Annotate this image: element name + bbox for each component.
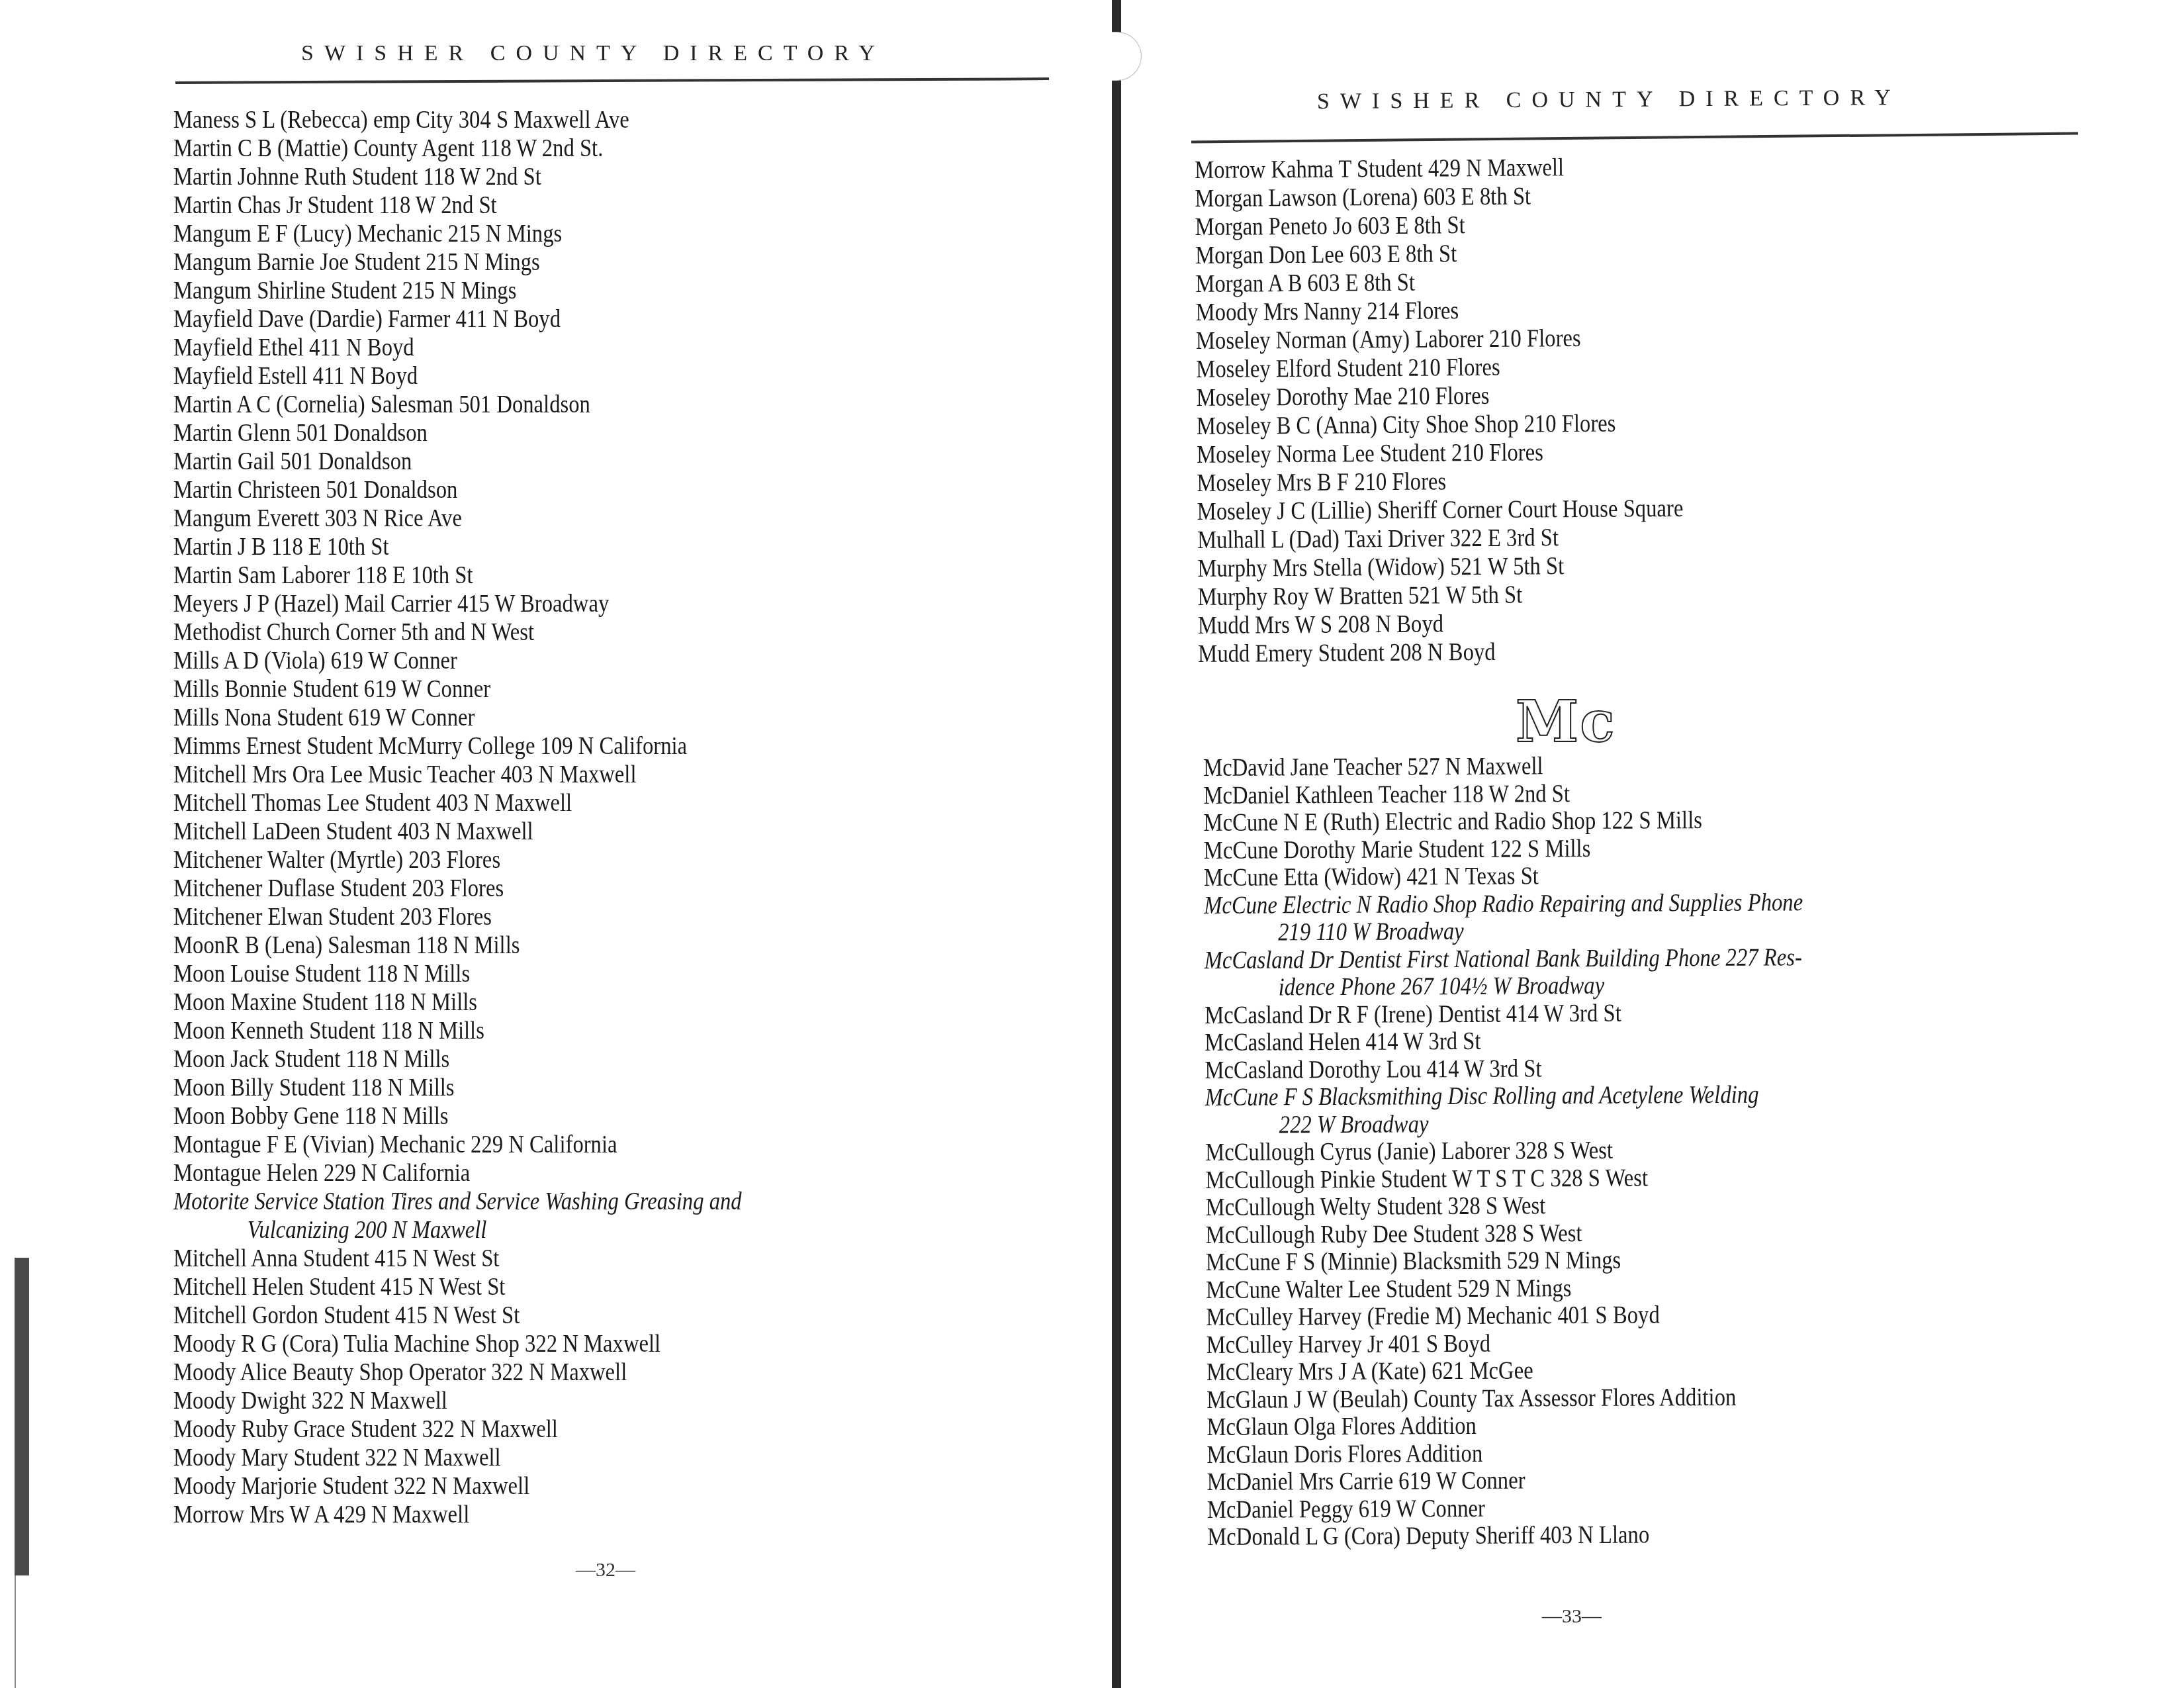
entry-text: Mudd Mrs W S 208 N Boyd	[1198, 610, 1443, 639]
directory-entry: Mangum Barnie Joe Student 215 N Mings	[173, 248, 742, 277]
entry-text: Mangum E F (Lucy) Mechanic 215 N Mings	[173, 220, 562, 248]
directory-entry: Morgan Don Lee 603 E 8th St	[1195, 238, 1682, 270]
directory-entry: Mitchell Mrs Ora Lee Music Teacher 403 N…	[173, 761, 742, 789]
directory-entry: Martin Glenn 501 Donaldson	[173, 419, 742, 447]
entry-text: McCune Etta (Widow) 421 N Texas St	[1204, 862, 1539, 892]
page-edge-line	[15, 1575, 16, 1688]
entry-text: Moody Mary Student 322 N Maxwell	[173, 1444, 501, 1472]
entry-text: Moody Marjorie Student 322 N Maxwell	[173, 1472, 529, 1500]
directory-list: Maness S L (Rebecca) emp City 304 S Maxw…	[173, 106, 834, 1529]
entry-text: Moseley Dorothy Mae 210 Flores	[1196, 382, 1489, 412]
directory-entry: McCasland Dorothy Lou 414 W 3rd St	[1205, 1054, 1803, 1084]
entry-text: McCullough Pinkie Student W T S T C 328 …	[1205, 1164, 1648, 1194]
directory-entry: McDaniel Kathleen Teacher 118 W 2nd St	[1203, 779, 1802, 810]
entry-text: McCullough Ruby Dee Student 328 S West	[1206, 1219, 1582, 1249]
directory-entry: Martin A C (Cornelia) Salesman 501 Donal…	[173, 391, 742, 419]
entry-text: Mayfield Dave (Dardie) Farmer 411 N Boyd	[173, 305, 561, 333]
directory-entry: Mitchener Walter (Myrtle) 203 Flores	[173, 846, 742, 874]
directory-entry: Moseley Mrs B F 210 Flores	[1197, 466, 1683, 498]
page-number: —33—	[1542, 1605, 1602, 1628]
entry-text: McCulley Harvey Jr 401 S Boyd	[1206, 1329, 1491, 1358]
directory-entry: Mayfield Estell 411 N Boyd	[173, 362, 742, 391]
entry-text: McGlaun Olga Flores Addition	[1206, 1412, 1477, 1441]
directory-entry: Moody Mary Student 322 N Maxwell	[173, 1444, 742, 1472]
entry-text: Mitchell LaDeen Student 403 N Maxwell	[173, 818, 533, 845]
entry-text: Martin Johnne Ruth Student 118 W 2nd St	[173, 163, 541, 191]
directory-entry: McCullough Cyrus (Janie) Laborer 328 S W…	[1205, 1136, 1804, 1166]
entry-text: Mills Bonnie Student 619 W Conner	[173, 675, 490, 703]
business-listing: McCune Electric N Radio Shop Radio Repai…	[1204, 889, 1803, 947]
directory-entry: McCulley Harvey Jr 401 S Boyd	[1206, 1329, 1805, 1359]
directory-entry: McCulley Harvey (Fredie M) Mechanic 401 …	[1206, 1301, 1805, 1331]
directory-entry: Moseley B C (Anna) City Shoe Shop 210 Fl…	[1197, 409, 1683, 441]
entry-text: Mangum Everett 303 N Rice Ave	[173, 504, 462, 532]
business-listing: McCasland Dr Dentist First National Bank…	[1205, 944, 1803, 1002]
entry-text: Martin Sam Laborer 118 E 10th St	[173, 561, 473, 589]
directory-entry: McDaniel Peggy 619 W Conner	[1207, 1493, 1806, 1524]
directory-entry: Murphy Roy W Bratten 521 W 5th St	[1198, 580, 1684, 612]
entry-text: Murphy Roy W Bratten 521 W 5th St	[1198, 581, 1523, 611]
section-heading: Mc	[1516, 688, 1616, 755]
entry-text: Moseley Norman (Amy) Laborer 210 Flores	[1196, 324, 1581, 355]
directory-entry: Mitchener Duflase Student 203 Flores	[173, 874, 742, 903]
directory-entry: McCasland Helen 414 W 3rd St	[1205, 1026, 1803, 1056]
entry-text: McGlaun Doris Flores Addition	[1206, 1439, 1482, 1468]
directory-entry: Murphy Mrs Stella (Widow) 521 W 5th St	[1197, 551, 1684, 583]
entry-text: Moon Louise Student 118 N Mills	[173, 960, 470, 988]
entry-text: Moon Maxine Student 118 N Mills	[173, 988, 477, 1016]
directory-entry: Mills A D (Viola) 619 W Conner	[173, 647, 742, 675]
directory-entry: Moseley J C (Lillie) Sheriff Corner Cour…	[1197, 494, 1684, 526]
directory-entry: McCullough Pinkie Student W T S T C 328 …	[1205, 1164, 1804, 1194]
entry-text: Martin Christeen 501 Donaldson	[173, 476, 457, 504]
entry-text: Meyers J P (Hazel) Mail Carrier 415 W Br…	[173, 590, 609, 618]
directory-entry: Mitchell Anna Student 415 N West St	[173, 1244, 742, 1273]
header-rule	[1191, 132, 2078, 144]
business-listing: Motorite Service Station Tires and Servi…	[173, 1188, 742, 1244]
directory-entry: Mitchell Helen Student 415 N West St	[173, 1273, 742, 1301]
entry-text: Martin C B (Mattie) County Agent 118 W 2…	[173, 134, 603, 162]
directory-entry: Mills Bonnie Student 619 W Conner	[173, 675, 742, 704]
entry-text: Moody Alice Beauty Shop Operator 322 N M…	[173, 1358, 627, 1386]
directory-entry: Mangum Shirline Student 215 N Mings	[173, 277, 742, 305]
header-rule	[175, 77, 1049, 84]
entry-text: McDonald L G (Cora) Deputy Sheriff 403 N…	[1207, 1521, 1649, 1550]
entry-text: Murphy Mrs Stella (Widow) 521 W 5th St	[1197, 552, 1564, 583]
entry-text: McCune N E (Ruth) Electric and Radio Sho…	[1203, 806, 1702, 837]
entry-continuation: 219 110 W Broadway	[1204, 916, 1803, 947]
directory-entry: McCasland Dr R F (Irene) Dentist 414 W 3…	[1205, 999, 1803, 1029]
entry-text: Morgan Don Lee 603 E 8th St	[1195, 240, 1457, 269]
entry-text: Mitchener Walter (Myrtle) 203 Flores	[173, 846, 500, 874]
entry-text: Motorite Service Station Tires and Servi…	[173, 1188, 742, 1215]
entry-text: McDaniel Peggy 619 W Conner	[1207, 1494, 1485, 1523]
entry-text: Moseley B C (Anna) City Shoe Shop 210 Fl…	[1197, 410, 1616, 440]
directory-list-mc: McDavid Jane Teacher 527 N MaxwellMcDani…	[1203, 751, 1904, 1551]
entry-text: McCune Electric N Radio Shop Radio Repai…	[1204, 888, 1803, 919]
directory-entry: McCune Walter Lee Student 529 N Mings	[1206, 1274, 1805, 1304]
directory-entry: Moon Maxine Student 118 N Mills	[173, 988, 742, 1017]
entry-text: Morrow Mrs W A 429 N Maxwell	[173, 1501, 469, 1528]
directory-entry: Martin Gail 501 Donaldson	[173, 447, 742, 476]
directory-entry: Moseley Norma Lee Student 210 Flores	[1197, 438, 1683, 469]
running-head: SWISHER COUNTY DIRECTORY	[1317, 85, 1901, 115]
entry-text: McCullough Cyrus (Janie) Laborer 328 S W…	[1205, 1137, 1613, 1166]
directory-entry: Moody Marjorie Student 322 N Maxwell	[173, 1472, 742, 1501]
directory-entry: McDavid Jane Teacher 527 N Maxwell	[1203, 751, 1802, 782]
entry-text: Moody Ruby Grace Student 322 N Maxwell	[173, 1415, 558, 1443]
entry-text: Moon Billy Student 118 N Mills	[173, 1074, 455, 1102]
directory-entry: Mangum E F (Lucy) Mechanic 215 N Mings	[173, 220, 742, 248]
entry-text: Martin Glenn 501 Donaldson	[173, 419, 428, 447]
entry-text: Martin Gail 501 Donaldson	[173, 447, 412, 475]
entry-text: Methodist Church Corner 5th and N West	[173, 618, 534, 646]
entry-text: McCune Walter Lee Student 529 N Mings	[1206, 1274, 1571, 1304]
entry-text: Mangum Shirline Student 215 N Mings	[173, 277, 516, 305]
entry-text: McCullough Welty Student 328 S West	[1205, 1192, 1545, 1221]
entry-text: Mitchell Helen Student 415 N West St	[173, 1273, 505, 1301]
directory-entry: Martin Chas Jr Student 118 W 2nd St	[173, 191, 742, 220]
directory-entry: McDaniel Mrs Carrie 619 W Conner	[1207, 1466, 1806, 1496]
entry-text: McCune F S (Minnie) Blacksmith 529 N Min…	[1206, 1246, 1621, 1276]
entry-text: McDaniel Kathleen Teacher 118 W 2nd St	[1203, 780, 1570, 810]
directory-entry: Methodist Church Corner 5th and N West	[173, 618, 742, 647]
directory-entry: McGlaun J W (Beulah) County Tax Assessor…	[1206, 1383, 1805, 1414]
entry-text: Mayfield Ethel 411 N Boyd	[173, 334, 414, 361]
directory-entry: Mayfield Ethel 411 N Boyd	[173, 334, 742, 362]
directory-entry: Mitchener Elwan Student 203 Flores	[173, 903, 742, 931]
directory-entry: McGlaun Doris Flores Addition	[1206, 1438, 1805, 1469]
entry-text: McDaniel Mrs Carrie 619 W Conner	[1207, 1466, 1525, 1496]
directory-entry: Moseley Dorothy Mae 210 Flores	[1196, 381, 1682, 412]
entry-continuation: 222 W Broadway	[1205, 1109, 1804, 1139]
entry-text: McCune Dorothy Marie Student 122 S Mills	[1204, 834, 1591, 864]
entry-text: Mitchener Duflase Student 203 Flores	[173, 874, 504, 902]
directory-entry: Moon Louise Student 118 N Mills	[173, 960, 742, 988]
directory-entry: Moody R G (Cora) Tulia Machine Shop 322 …	[173, 1330, 742, 1358]
entry-text: Morgan Lawson (Lorena) 603 E 8th St	[1195, 182, 1531, 212]
entry-text: Moody Dwight 322 N Maxwell	[173, 1387, 447, 1415]
directory-entry: Mimms Ernest Student McMurry College 109…	[173, 732, 742, 761]
entry-text: McCasland Dorothy Lou 414 W 3rd St	[1205, 1055, 1541, 1084]
entry-text: Mitchell Gordon Student 415 N West St	[173, 1301, 520, 1329]
directory-entry: Moody Ruby Grace Student 322 N Maxwell	[173, 1415, 742, 1444]
entry-text: Moon Kenneth Student 118 N Mills	[173, 1017, 484, 1045]
entry-continuation: idence Phone 267 104½ W Broadway	[1205, 971, 1803, 1002]
directory-entry: Mitchell LaDeen Student 403 N Maxwell	[173, 818, 742, 846]
running-head: SWISHER COUNTY DIRECTORY	[301, 41, 886, 66]
entry-text: Moon Jack Student 118 N Mills	[173, 1045, 449, 1073]
directory-entry: Moseley Elford Student 210 Flores	[1196, 352, 1682, 384]
entry-text: Morgan A B 603 E 8th St	[1195, 269, 1415, 298]
entry-text: Martin J B 118 E 10th St	[173, 533, 389, 561]
directory-entry: Mudd Emery Student 208 N Boyd	[1198, 637, 1684, 669]
directory-entry: Moody Dwight 322 N Maxwell	[173, 1387, 742, 1415]
left-page: SWISHER COUNTY DIRECTORY Maness S L (Reb…	[0, 0, 1118, 1688]
entry-text: McCasland Helen 414 W 3rd St	[1205, 1027, 1480, 1056]
directory-entry: Mulhall L (Dad) Taxi Driver 322 E 3rd St	[1197, 523, 1684, 555]
entry-text: Montague Helen 229 N California	[173, 1159, 470, 1187]
entry-text: Moody R G (Cora) Tulia Machine Shop 322 …	[173, 1330, 660, 1358]
page-edge-shadow	[15, 1258, 29, 1575]
directory-entry: Mayfield Dave (Dardie) Farmer 411 N Boyd	[173, 305, 742, 334]
entry-text: Moseley Norma Lee Student 210 Flores	[1197, 438, 1543, 469]
directory-entry: Mitchell Thomas Lee Student 403 N Maxwel…	[173, 789, 742, 818]
entry-text: Mudd Emery Student 208 N Boyd	[1198, 638, 1496, 668]
directory-entry: McGlaun Olga Flores Addition	[1206, 1411, 1805, 1441]
directory-entry: McDonald L G (Cora) Deputy Sheriff 403 N…	[1207, 1521, 1806, 1551]
entry-text: Mitchener Elwan Student 203 Flores	[173, 903, 492, 931]
directory-entry: Maness S L (Rebecca) emp City 304 S Maxw…	[173, 106, 742, 134]
directory-entry: Moody Mrs Nanny 214 Flores	[1196, 295, 1682, 327]
entry-continuation: Vulcanizing 200 N Maxwell	[173, 1216, 742, 1244]
directory-entry: Montague F E (Vivian) Mechanic 229 N Cal…	[173, 1131, 742, 1159]
directory-entry: Morgan Peneto Jo 603 E 8th St	[1195, 210, 1682, 242]
directory-entry: McCullough Welty Student 328 S West	[1205, 1191, 1804, 1221]
entry-text: Mayfield Estell 411 N Boyd	[173, 362, 418, 390]
entry-text: Moseley Mrs B F 210 Flores	[1197, 467, 1446, 497]
directory-entry: Moody Alice Beauty Shop Operator 322 N M…	[173, 1358, 742, 1387]
directory-entry: McCune N E (Ruth) Electric and Radio Sho…	[1203, 806, 1802, 837]
directory-entry: Martin Johnne Ruth Student 118 W 2nd St	[173, 163, 742, 191]
right-page: SWISHER COUNTY DIRECTORY Morrow Kahma T …	[1118, 0, 2184, 1688]
entry-text: Mitchell Anna Student 415 N West St	[173, 1244, 499, 1272]
directory-list: Morrow Kahma T Student 429 N MaxwellMorg…	[1195, 152, 1764, 669]
entry-text: McGlaun J W (Beulah) County Tax Assessor…	[1206, 1383, 1736, 1413]
directory-entry: Mills Nona Student 619 W Conner	[173, 704, 742, 732]
entry-text: Mitchell Thomas Lee Student 403 N Maxwel…	[173, 789, 572, 817]
directory-entry: Meyers J P (Hazel) Mail Carrier 415 W Br…	[173, 590, 742, 618]
directory-entry: Moon Bobby Gene 118 N Mills	[173, 1102, 742, 1131]
directory-entry: Martin C B (Mattie) County Agent 118 W 2…	[173, 134, 742, 163]
entry-text: McCulley Harvey (Fredie M) Mechanic 401 …	[1206, 1301, 1659, 1331]
entry-text: Maness S L (Rebecca) emp City 304 S Maxw…	[173, 106, 629, 134]
entry-text: Montague F E (Vivian) Mechanic 229 N Cal…	[173, 1131, 617, 1158]
entry-text: Mills A D (Viola) 619 W Conner	[173, 647, 457, 675]
entry-text: McDavid Jane Teacher 527 N Maxwell	[1203, 752, 1543, 782]
directory-entry: Martin J B 118 E 10th St	[173, 533, 742, 561]
entry-text: Mulhall L (Dad) Taxi Driver 322 E 3rd St	[1197, 524, 1559, 554]
entry-text: Morrow Kahma T Student 429 N Maxwell	[1195, 154, 1564, 184]
entry-text: McCleary Mrs J A (Kate) 621 McGee	[1206, 1356, 1533, 1386]
directory-entry: McCune Dorothy Marie Student 122 S Mills	[1204, 834, 1803, 865]
directory-entry: Mangum Everett 303 N Rice Ave	[173, 504, 742, 533]
directory-entry: Mitchell Gordon Student 415 N West St	[173, 1301, 742, 1330]
directory-entry: Moon Jack Student 118 N Mills	[173, 1045, 742, 1074]
directory-entry: McCune F S (Minnie) Blacksmith 529 N Min…	[1206, 1246, 1805, 1276]
directory-entry: Morrow Mrs W A 429 N Maxwell	[173, 1501, 742, 1529]
entry-text: Martin Chas Jr Student 118 W 2nd St	[173, 191, 497, 219]
entry-text: Moseley J C (Lillie) Sheriff Corner Cour…	[1197, 494, 1684, 526]
entry-text: Morgan Peneto Jo 603 E 8th St	[1195, 211, 1465, 241]
entry-text: McCasland Dr Dentist First National Bank…	[1205, 943, 1802, 974]
page-number: —32—	[576, 1559, 635, 1581]
directory-entry: Morgan Lawson (Lorena) 603 E 8th St	[1195, 181, 1681, 213]
directory-entry: Morrow Kahma T Student 429 N Maxwell	[1195, 153, 1681, 185]
directory-entry: Moon Billy Student 118 N Mills	[173, 1074, 742, 1102]
entry-text: Mitchell Mrs Ora Lee Music Teacher 403 N…	[173, 761, 637, 788]
entry-text: Moody Mrs Nanny 214 Flores	[1196, 297, 1459, 326]
entry-text: McCune F S Blacksmithing Disc Rolling an…	[1205, 1081, 1759, 1111]
entry-text: Moseley Elford Student 210 Flores	[1196, 353, 1500, 383]
directory-entry: McCune Etta (Widow) 421 N Texas St	[1204, 861, 1803, 892]
directory-entry: Moon Kenneth Student 118 N Mills	[173, 1017, 742, 1045]
directory-entry: Martin Christeen 501 Donaldson	[173, 476, 742, 504]
directory-entry: Morgan A B 603 E 8th St	[1195, 267, 1682, 299]
entry-text: Mills Nona Student 619 W Conner	[173, 704, 475, 731]
directory-entry: MoonR B (Lena) Salesman 118 N Mills	[173, 931, 742, 960]
entry-text: MoonR B (Lena) Salesman 118 N Mills	[173, 931, 520, 959]
entry-text: McCasland Dr R F (Irene) Dentist 414 W 3…	[1205, 999, 1621, 1029]
entry-text: Martin A C (Cornelia) Salesman 501 Donal…	[173, 391, 590, 418]
directory-entry: McCleary Mrs J A (Kate) 621 McGee	[1206, 1356, 1805, 1386]
directory-entry: Moseley Norman (Amy) Laborer 210 Flores	[1196, 324, 1682, 355]
directory-entry: Mudd Mrs W S 208 N Boyd	[1198, 608, 1684, 640]
entry-text: Mimms Ernest Student McMurry College 109…	[173, 732, 687, 760]
entry-text: Mangum Barnie Joe Student 215 N Mings	[173, 248, 540, 276]
directory-entry: McCullough Ruby Dee Student 328 S West	[1206, 1219, 1805, 1249]
business-listing: McCune F S Blacksmithing Disc Rolling an…	[1205, 1081, 1804, 1139]
directory-entry: Martin Sam Laborer 118 E 10th St	[173, 561, 742, 590]
entry-text: Moon Bobby Gene 118 N Mills	[173, 1102, 448, 1130]
directory-entry: Montague Helen 229 N California	[173, 1159, 742, 1188]
